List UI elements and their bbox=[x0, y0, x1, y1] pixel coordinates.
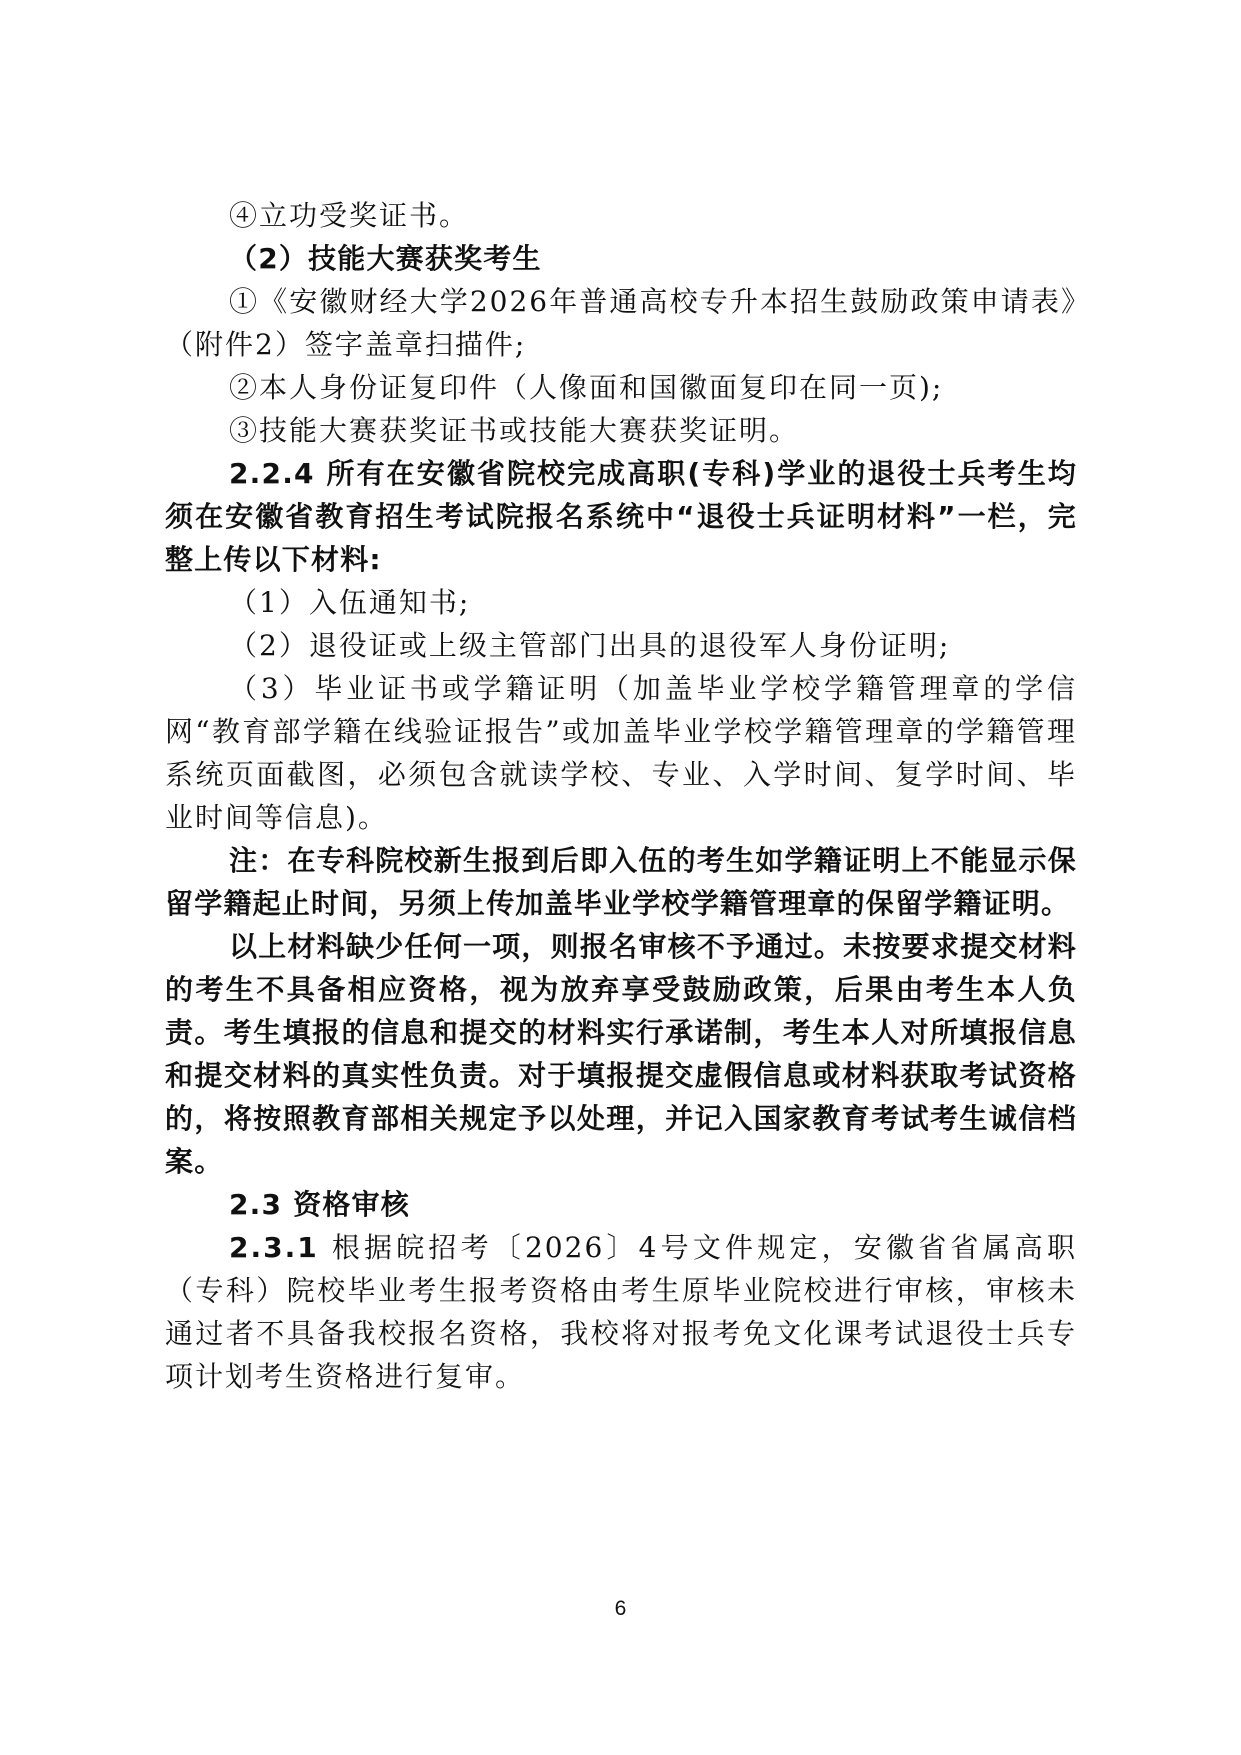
section-2-3-1: 2.3.1 根据皖招考〔2026〕4号文件规定，安徽省省属高职（专科）院校毕业考… bbox=[165, 1226, 1077, 1398]
page-number: 6 bbox=[0, 1597, 1241, 1621]
list-item-merit-certificate: ④立功受奖证书。 bbox=[165, 194, 1077, 237]
section-heading-2-3: 2.3 资格审核 bbox=[165, 1183, 1077, 1226]
section-2-2-4: 2.2.4 所有在安徽省院校完成高职(专科)学业的退役士兵考生均须在安徽省教育招… bbox=[165, 452, 1077, 581]
list-item-graduation-certificate: （3）毕业证书或学籍证明（加盖毕业学校学籍管理章的学信网“教育部学籍在线验证报告… bbox=[165, 667, 1077, 839]
note-paragraph: 注：在专科院校新生报到后即入伍的考生如学籍证明上不能显示保留学籍起止时间，另须上… bbox=[165, 839, 1077, 925]
list-item-enlistment-notice: （1）入伍通知书; bbox=[165, 581, 1077, 624]
document-page: ④立功受奖证书。 （2）技能大赛获奖考生 ①《安徽财经大学2026年普通高校专升… bbox=[165, 194, 1077, 1398]
list-item-discharge-certificate: （2）退役证或上级主管部门出具的退役军人身份证明; bbox=[165, 624, 1077, 667]
warning-paragraph: 以上材料缺少任何一项，则报名审核不予通过。未按要求提交材料的考生不具备相应资格，… bbox=[165, 925, 1077, 1183]
list-item-id-copy: ②本人身份证复印件（人像面和国徽面复印在同一页); bbox=[165, 366, 1077, 409]
section-number: 2.3.1 bbox=[229, 1231, 319, 1264]
section-number: 2.2.4 bbox=[229, 457, 315, 490]
subheading-skill-competition: （2）技能大赛获奖考生 bbox=[165, 237, 1077, 280]
list-item-competition-certificate: ③技能大赛获奖证书或技能大赛获奖证明。 bbox=[165, 409, 1077, 452]
list-item-application-form: ①《安徽财经大学2026年普通高校专升本招生鼓励政策申请表》（附件2）签字盖章扫… bbox=[165, 280, 1077, 366]
